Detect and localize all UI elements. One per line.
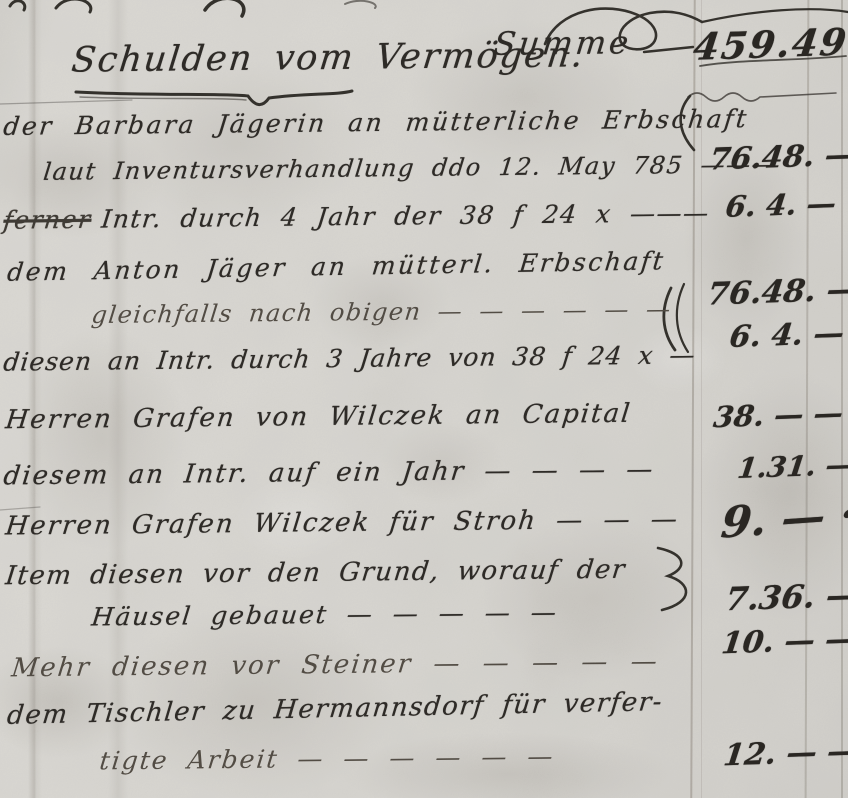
cutoff-stroke-icon xyxy=(205,0,244,16)
entry-amount: 6. 4. — xyxy=(724,186,838,224)
entry-amount: 76.48. — xyxy=(707,137,848,177)
entry-line: Item diesen vor den Grund, worauf der xyxy=(4,555,628,591)
cutoff-stroke-icon xyxy=(10,1,25,10)
entry-amount: 9. — · xyxy=(719,489,848,548)
entry-line: Herren Grafen Wilczek für Stroh — — — xyxy=(4,504,681,541)
struck-word: ferner xyxy=(2,205,93,235)
cutoff-stroke-icon xyxy=(56,0,91,12)
entry-line: tigte Arbeit — — — — — — xyxy=(98,742,556,776)
entry-line: Mehr diesen vor Steiner — — — — — xyxy=(10,647,661,684)
rule-stroke-icon xyxy=(0,507,40,510)
entry-line: Herren Grafen von Wilczek an Capital xyxy=(4,399,633,436)
entry-text: Intr. durch 4 Jahr der 38 f 24 x ——— xyxy=(100,198,711,233)
title-underline-icon xyxy=(76,91,352,105)
entry-line: diesen an Intr. durch 3 Jahre von 38 f 2… xyxy=(2,340,697,376)
cutoff-stroke-icon xyxy=(345,1,376,8)
entry-line: gleichfalls nach obigen — — — — — — xyxy=(90,295,673,329)
title-underline-icon xyxy=(80,97,246,100)
entry-amount: 12. — — xyxy=(722,734,848,774)
entry-line: Häusel gebauet — — — — — xyxy=(90,598,560,632)
entry-amount: 10. — — xyxy=(720,622,848,662)
entry-line: fernerIntr. durch 4 Jahr der 38 f 24 x —… xyxy=(2,198,711,234)
entry-line: dem Anton Jäger an mütterl. Erbschaft xyxy=(6,246,667,286)
summe-value: 459.49. xyxy=(691,19,848,69)
entry-amount: 6. 4. — xyxy=(728,316,846,355)
entry-amount: 76.48. — xyxy=(705,271,848,312)
closing-brace-icon xyxy=(658,548,686,610)
squiggle-icon xyxy=(688,93,836,101)
manuscript-page: Summe 459.49. Schulden vom Vermögen. der… xyxy=(0,0,848,798)
entry-line: laut Inventursverhandlung ddo 12. May 78… xyxy=(42,150,779,186)
entry-amount: 38. — — xyxy=(712,396,845,434)
page-title: Schulden vom Vermögen. xyxy=(69,35,586,80)
dash-stroke-icon xyxy=(644,47,693,52)
entry-line: der Barbara Jägerin an mütterliche Erbsc… xyxy=(2,104,750,141)
entry-amount: 7.36. — xyxy=(723,576,848,619)
rule-stroke-icon xyxy=(0,100,132,104)
entry-line: dem Tischler zu Hermannsdorf für verfer- xyxy=(6,687,665,731)
entry-line: diesem an Intr. auf ein Jahr — — — — xyxy=(2,455,656,492)
entry-amount: 1.31. — xyxy=(736,448,848,485)
